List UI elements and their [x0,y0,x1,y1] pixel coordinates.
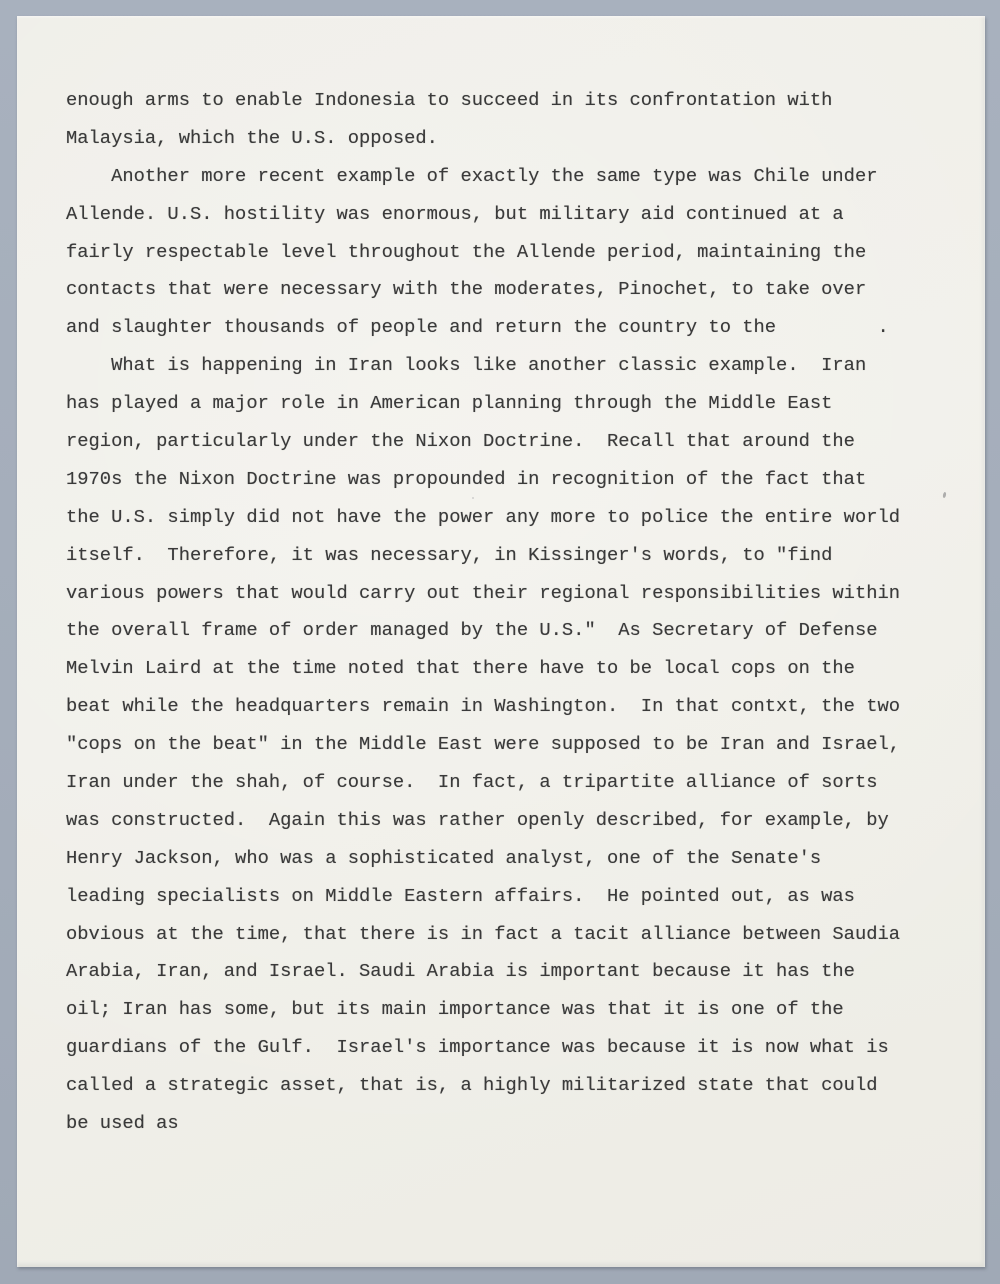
text-line: Allende. U.S. hostility was enormous, bu… [66,196,965,234]
text-line: various powers that would carry out thei… [66,575,965,613]
text-line: "cops on the beat" in the Middle East we… [66,726,965,764]
typewritten-text-block: enough arms to enable Indonesia to succe… [66,82,965,1143]
text-line: Malaysia, which the U.S. opposed. [66,120,965,158]
text-line: fairly respectable level throughout the … [66,234,965,272]
text-line: oil; Iran has some, but its main importa… [66,991,965,1029]
text-line: beat while the headquarters remain in Wa… [66,688,965,726]
scan-speck [472,497,474,499]
text-line: 1970s the Nixon Doctrine was propounded … [66,461,965,499]
text-line: itself. Therefore, it was necessary, in … [66,537,965,575]
text-line: region, particularly under the Nixon Doc… [66,423,965,461]
text-line: Another more recent example of exactly t… [66,158,965,196]
document-page: enough arms to enable Indonesia to succe… [17,16,985,1267]
text-line: obvious at the time, that there is in fa… [66,916,965,954]
text-line: the overall frame of order managed by th… [66,612,965,650]
text-line: has played a major role in American plan… [66,385,965,423]
text-line: be used as [66,1105,965,1143]
text-line: Arabia, Iran, and Israel. Saudi Arabia i… [66,953,965,991]
text-line: guardians of the Gulf. Israel's importan… [66,1029,965,1067]
text-line: was constructed. Again this was rather o… [66,802,965,840]
text-line: the U.S. simply did not have the power a… [66,499,965,537]
text-line: contacts that were necessary with the mo… [66,271,965,309]
text-line: leading specialists on Middle Eastern af… [66,878,965,916]
text-line: Melvin Laird at the time noted that ther… [66,650,965,688]
text-line: Iran under the shah, of course. In fact,… [66,764,965,802]
text-line: Henry Jackson, who was a sophisticated a… [66,840,965,878]
text-line: called a strategic asset, that is, a hig… [66,1067,965,1105]
text-line: What is happening in Iran looks like ano… [66,347,965,385]
text-line: enough arms to enable Indonesia to succe… [66,82,965,120]
text-line: and slaughter thousands of people and re… [66,309,965,347]
